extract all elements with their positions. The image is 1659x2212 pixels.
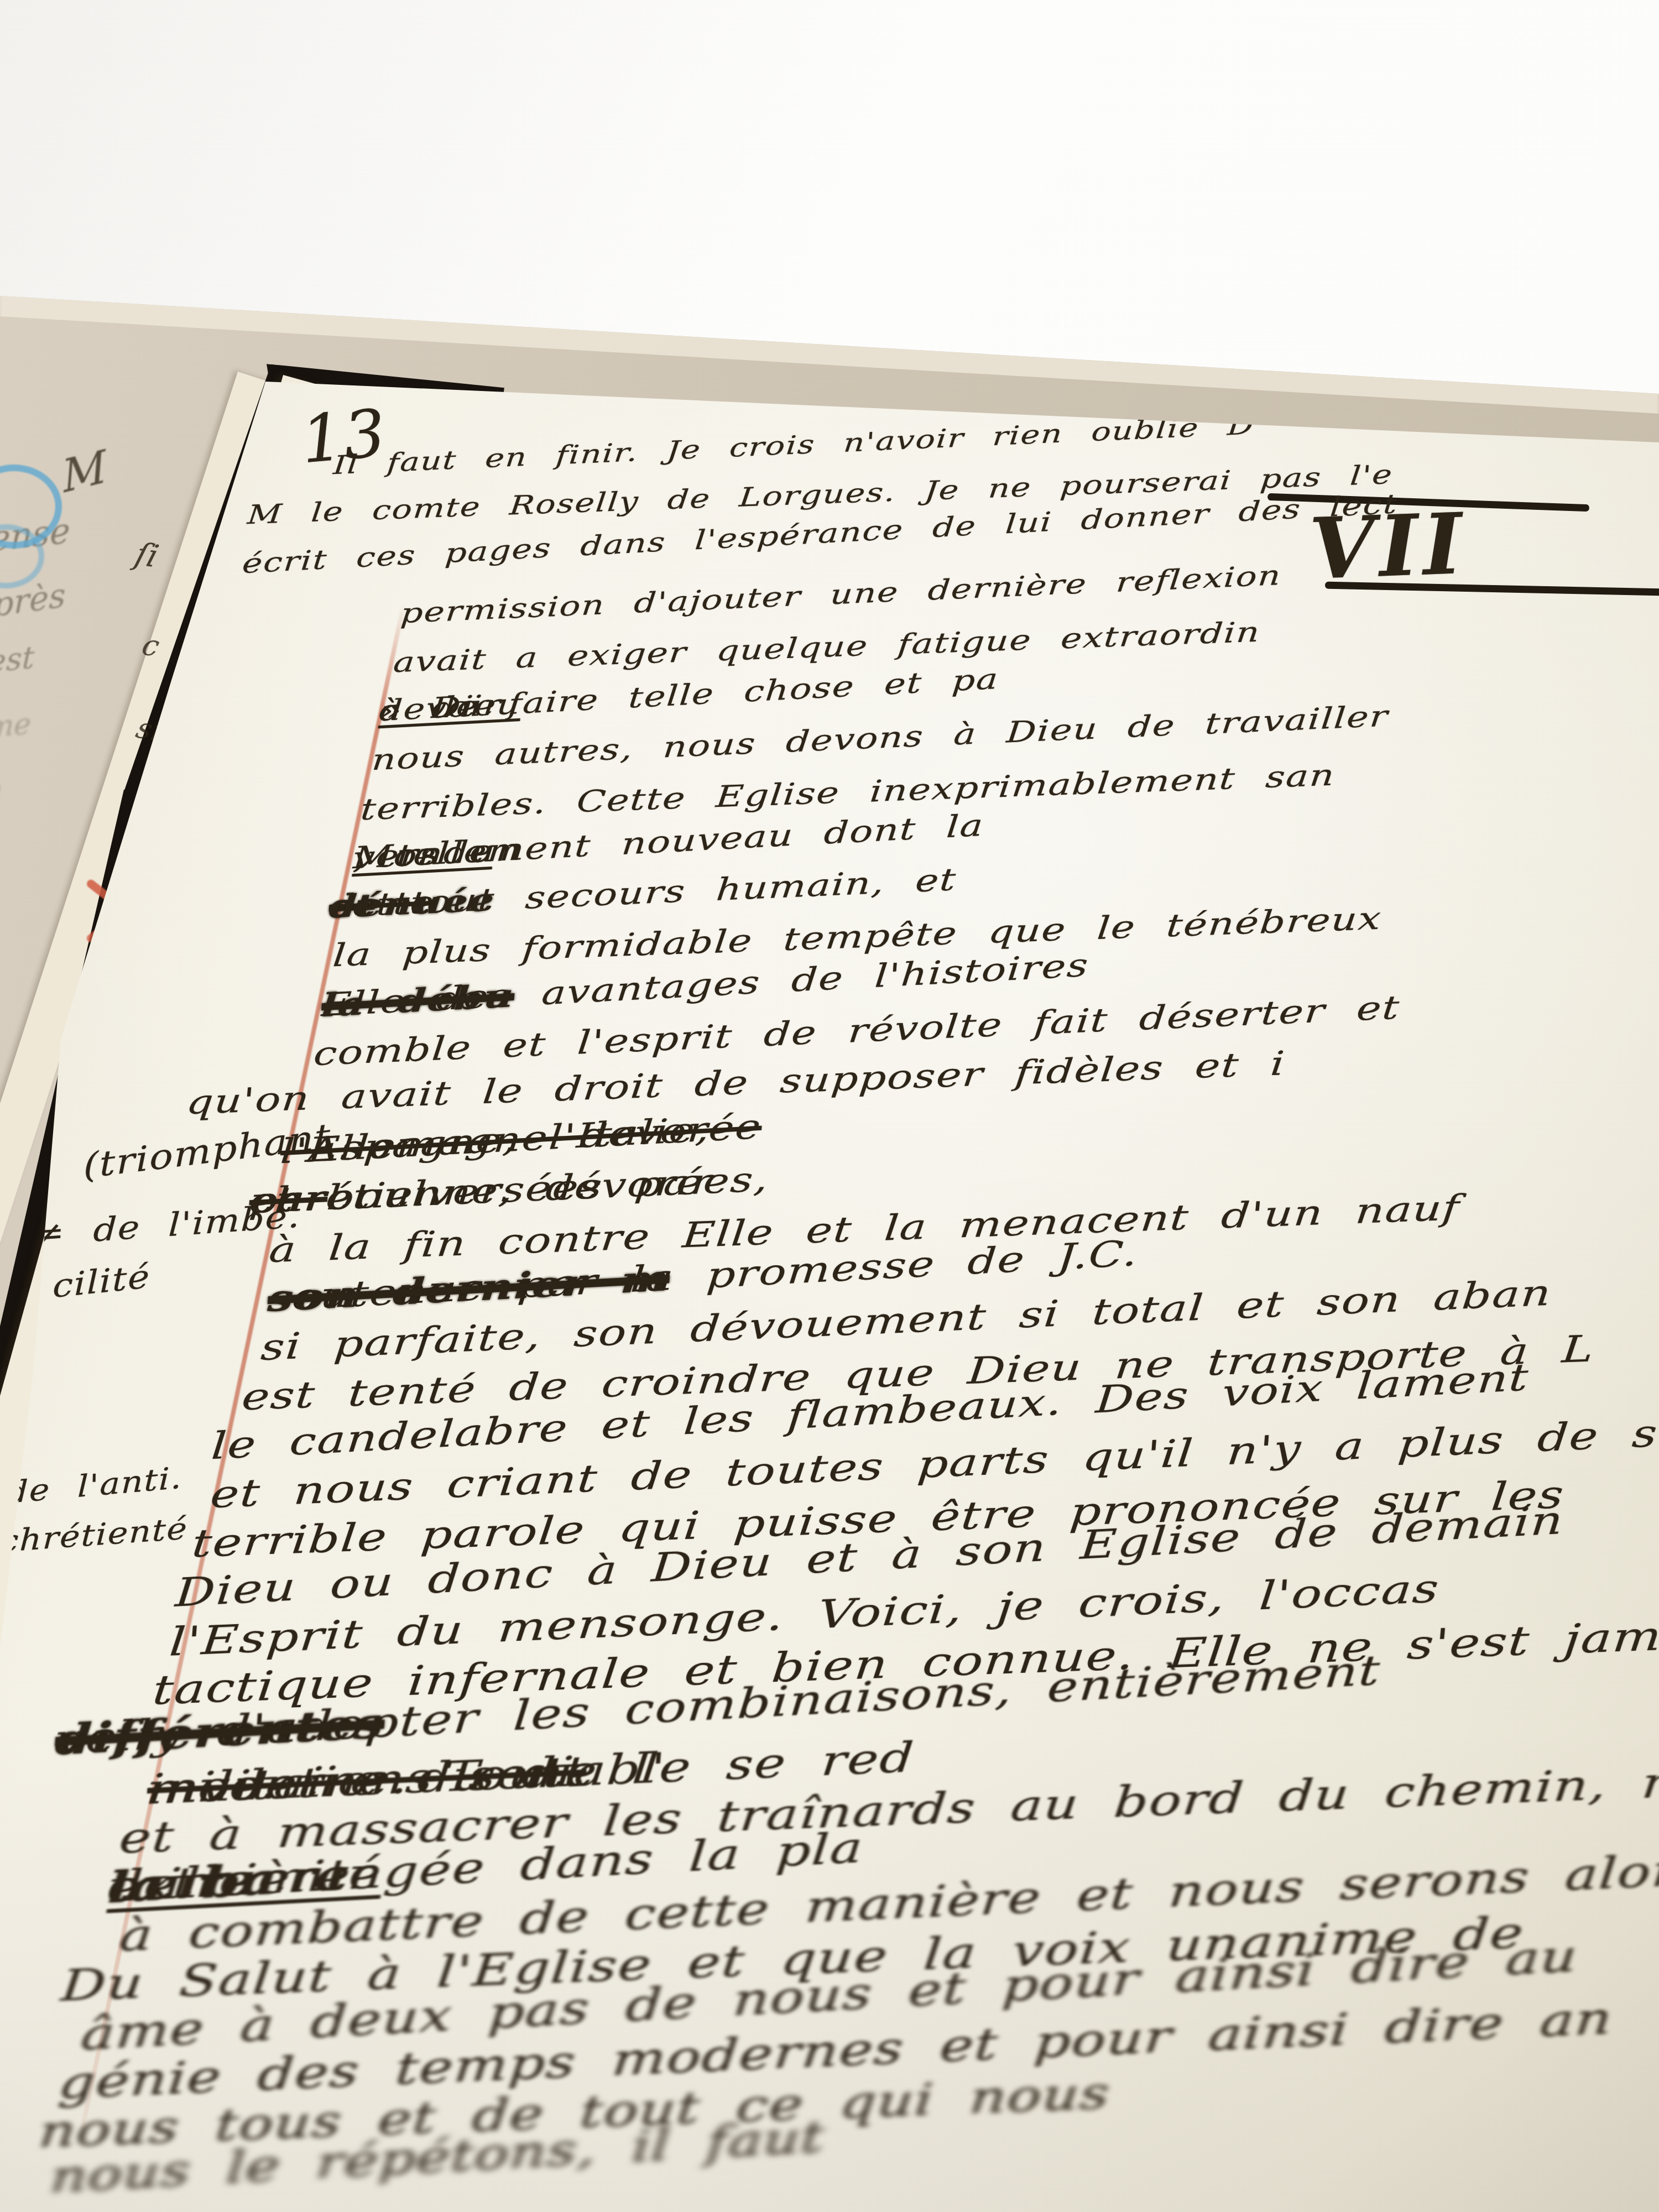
margin-note: ≠ de l'imbe. [33, 1197, 301, 1253]
manuscript-photo: Menseprèsestmea ſicsif 13 VII Il faut en… [0, 0, 1659, 2212]
margin-note: (triomphant [83, 1115, 331, 1186]
margin-note: de l'anti. [6, 1460, 182, 1510]
margin-note: chrétienté [0, 1511, 189, 1559]
ink-fragment: ſi [131, 536, 162, 574]
margin-note: cilité [53, 1257, 150, 1305]
ink-fragment: c [139, 629, 163, 663]
